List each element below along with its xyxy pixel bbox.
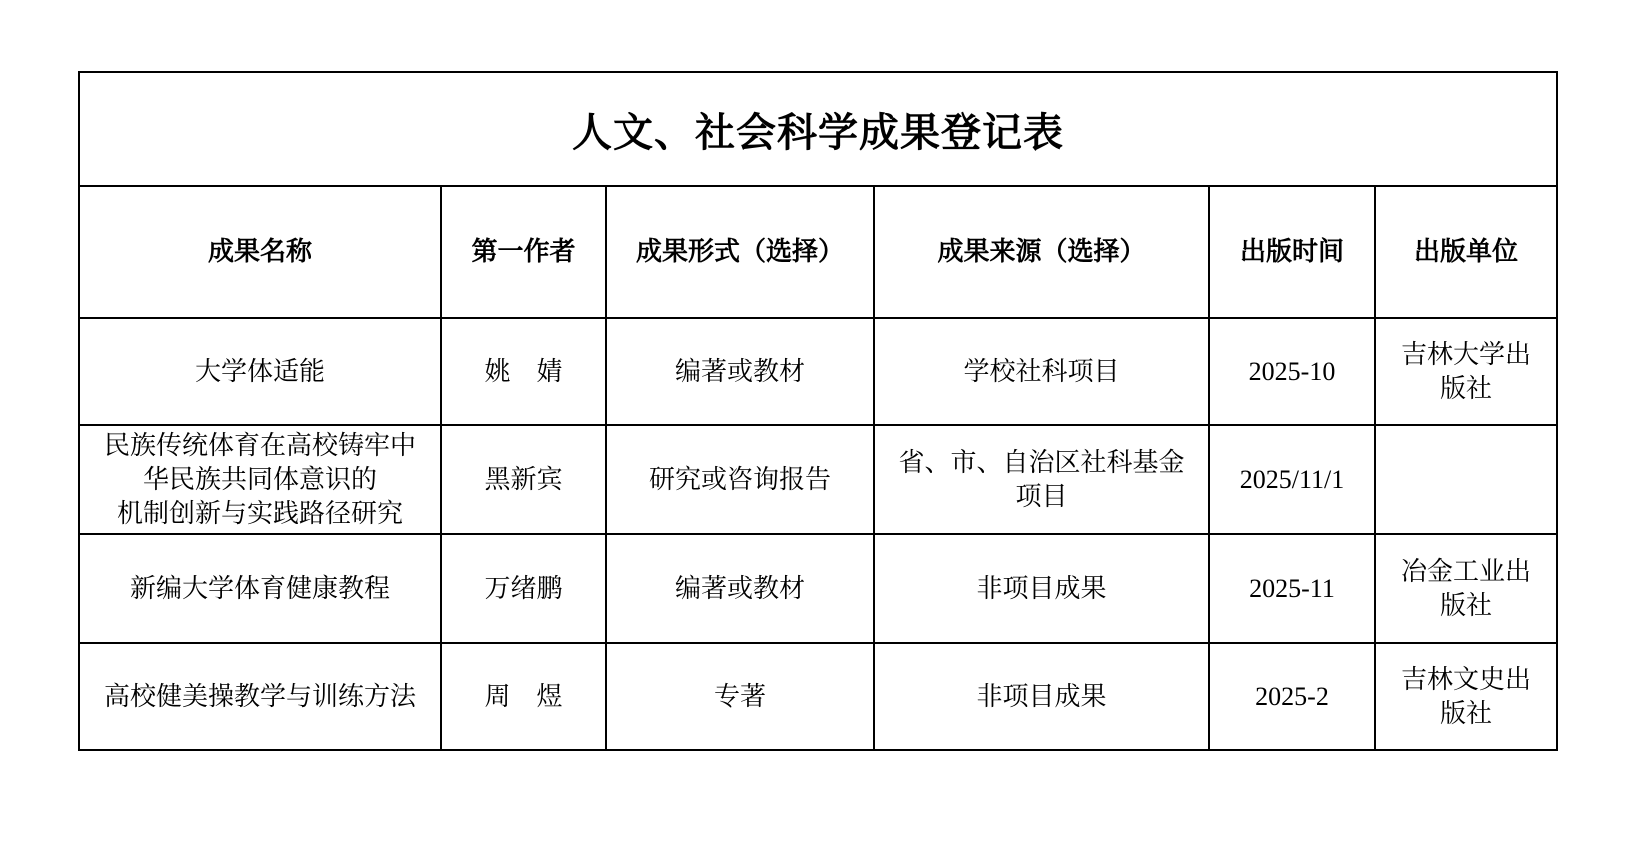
cell-achievement-form: 编著或教材 <box>606 534 874 643</box>
table-header-row: 成果名称 第一作者 成果形式（选择） 成果来源（选择） 出版时间 出版单位 <box>79 186 1557 318</box>
page-title: 人文、社会科学成果登记表 <box>79 72 1557 186</box>
cell-first-author: 黑新宾 <box>441 425 606 534</box>
cell-achievement-source: 省、市、自治区社科基金 项目 <box>874 425 1209 534</box>
cell-achievement-name: 新编大学体育健康教程 <box>79 534 441 643</box>
table-title-row: 人文、社会科学成果登记表 <box>79 72 1557 186</box>
cell-publisher: 吉林大学出 版社 <box>1375 318 1557 425</box>
table-row: 高校健美操教学与训练方法 周 煜 专著 非项目成果 2025-2 吉林文史出 版… <box>79 643 1557 750</box>
cell-first-author: 姚 婧 <box>441 318 606 425</box>
cell-achievement-form: 研究或咨询报告 <box>606 425 874 534</box>
table-row: 民族传统体育在高校铸牢中 华民族共同体意识的 机制创新与实践路径研究 黑新宾 研… <box>79 425 1557 534</box>
cell-achievement-name: 大学体适能 <box>79 318 441 425</box>
cell-publish-date: 2025-10 <box>1209 318 1375 425</box>
cell-publisher: 冶金工业出 版社 <box>1375 534 1557 643</box>
cell-achievement-form: 编著或教材 <box>606 318 874 425</box>
cell-achievement-source: 非项目成果 <box>874 534 1209 643</box>
cell-publisher: 吉林文史出 版社 <box>1375 643 1557 750</box>
cell-achievement-source: 非项目成果 <box>874 643 1209 750</box>
column-header-publish-date: 出版时间 <box>1209 186 1375 318</box>
column-header-publisher: 出版单位 <box>1375 186 1557 318</box>
cell-achievement-source: 学校社科项目 <box>874 318 1209 425</box>
cell-achievement-name: 民族传统体育在高校铸牢中 华民族共同体意识的 机制创新与实践路径研究 <box>79 425 441 534</box>
achievements-registration-table: 人文、社会科学成果登记表 成果名称 第一作者 成果形式（选择） 成果来源（选择）… <box>78 71 1558 751</box>
cell-first-author: 周 煜 <box>441 643 606 750</box>
column-header-achievement-name: 成果名称 <box>79 186 441 318</box>
cell-achievement-name: 高校健美操教学与训练方法 <box>79 643 441 750</box>
cell-publish-date: 2025-2 <box>1209 643 1375 750</box>
table-row: 新编大学体育健康教程 万绪鹏 编著或教材 非项目成果 2025-11 冶金工业出… <box>79 534 1557 643</box>
table-row: 大学体适能 姚 婧 编著或教材 学校社科项目 2025-10 吉林大学出 版社 <box>79 318 1557 425</box>
cell-publisher <box>1375 425 1557 534</box>
column-header-first-author: 第一作者 <box>441 186 606 318</box>
cell-publish-date: 2025-11 <box>1209 534 1375 643</box>
column-header-achievement-source: 成果来源（选择） <box>874 186 1209 318</box>
document-page: 人文、社会科学成果登记表 成果名称 第一作者 成果形式（选择） 成果来源（选择）… <box>0 0 1642 858</box>
cell-publish-date: 2025/11/1 <box>1209 425 1375 534</box>
cell-first-author: 万绪鹏 <box>441 534 606 643</box>
column-header-achievement-form: 成果形式（选择） <box>606 186 874 318</box>
cell-achievement-form: 专著 <box>606 643 874 750</box>
